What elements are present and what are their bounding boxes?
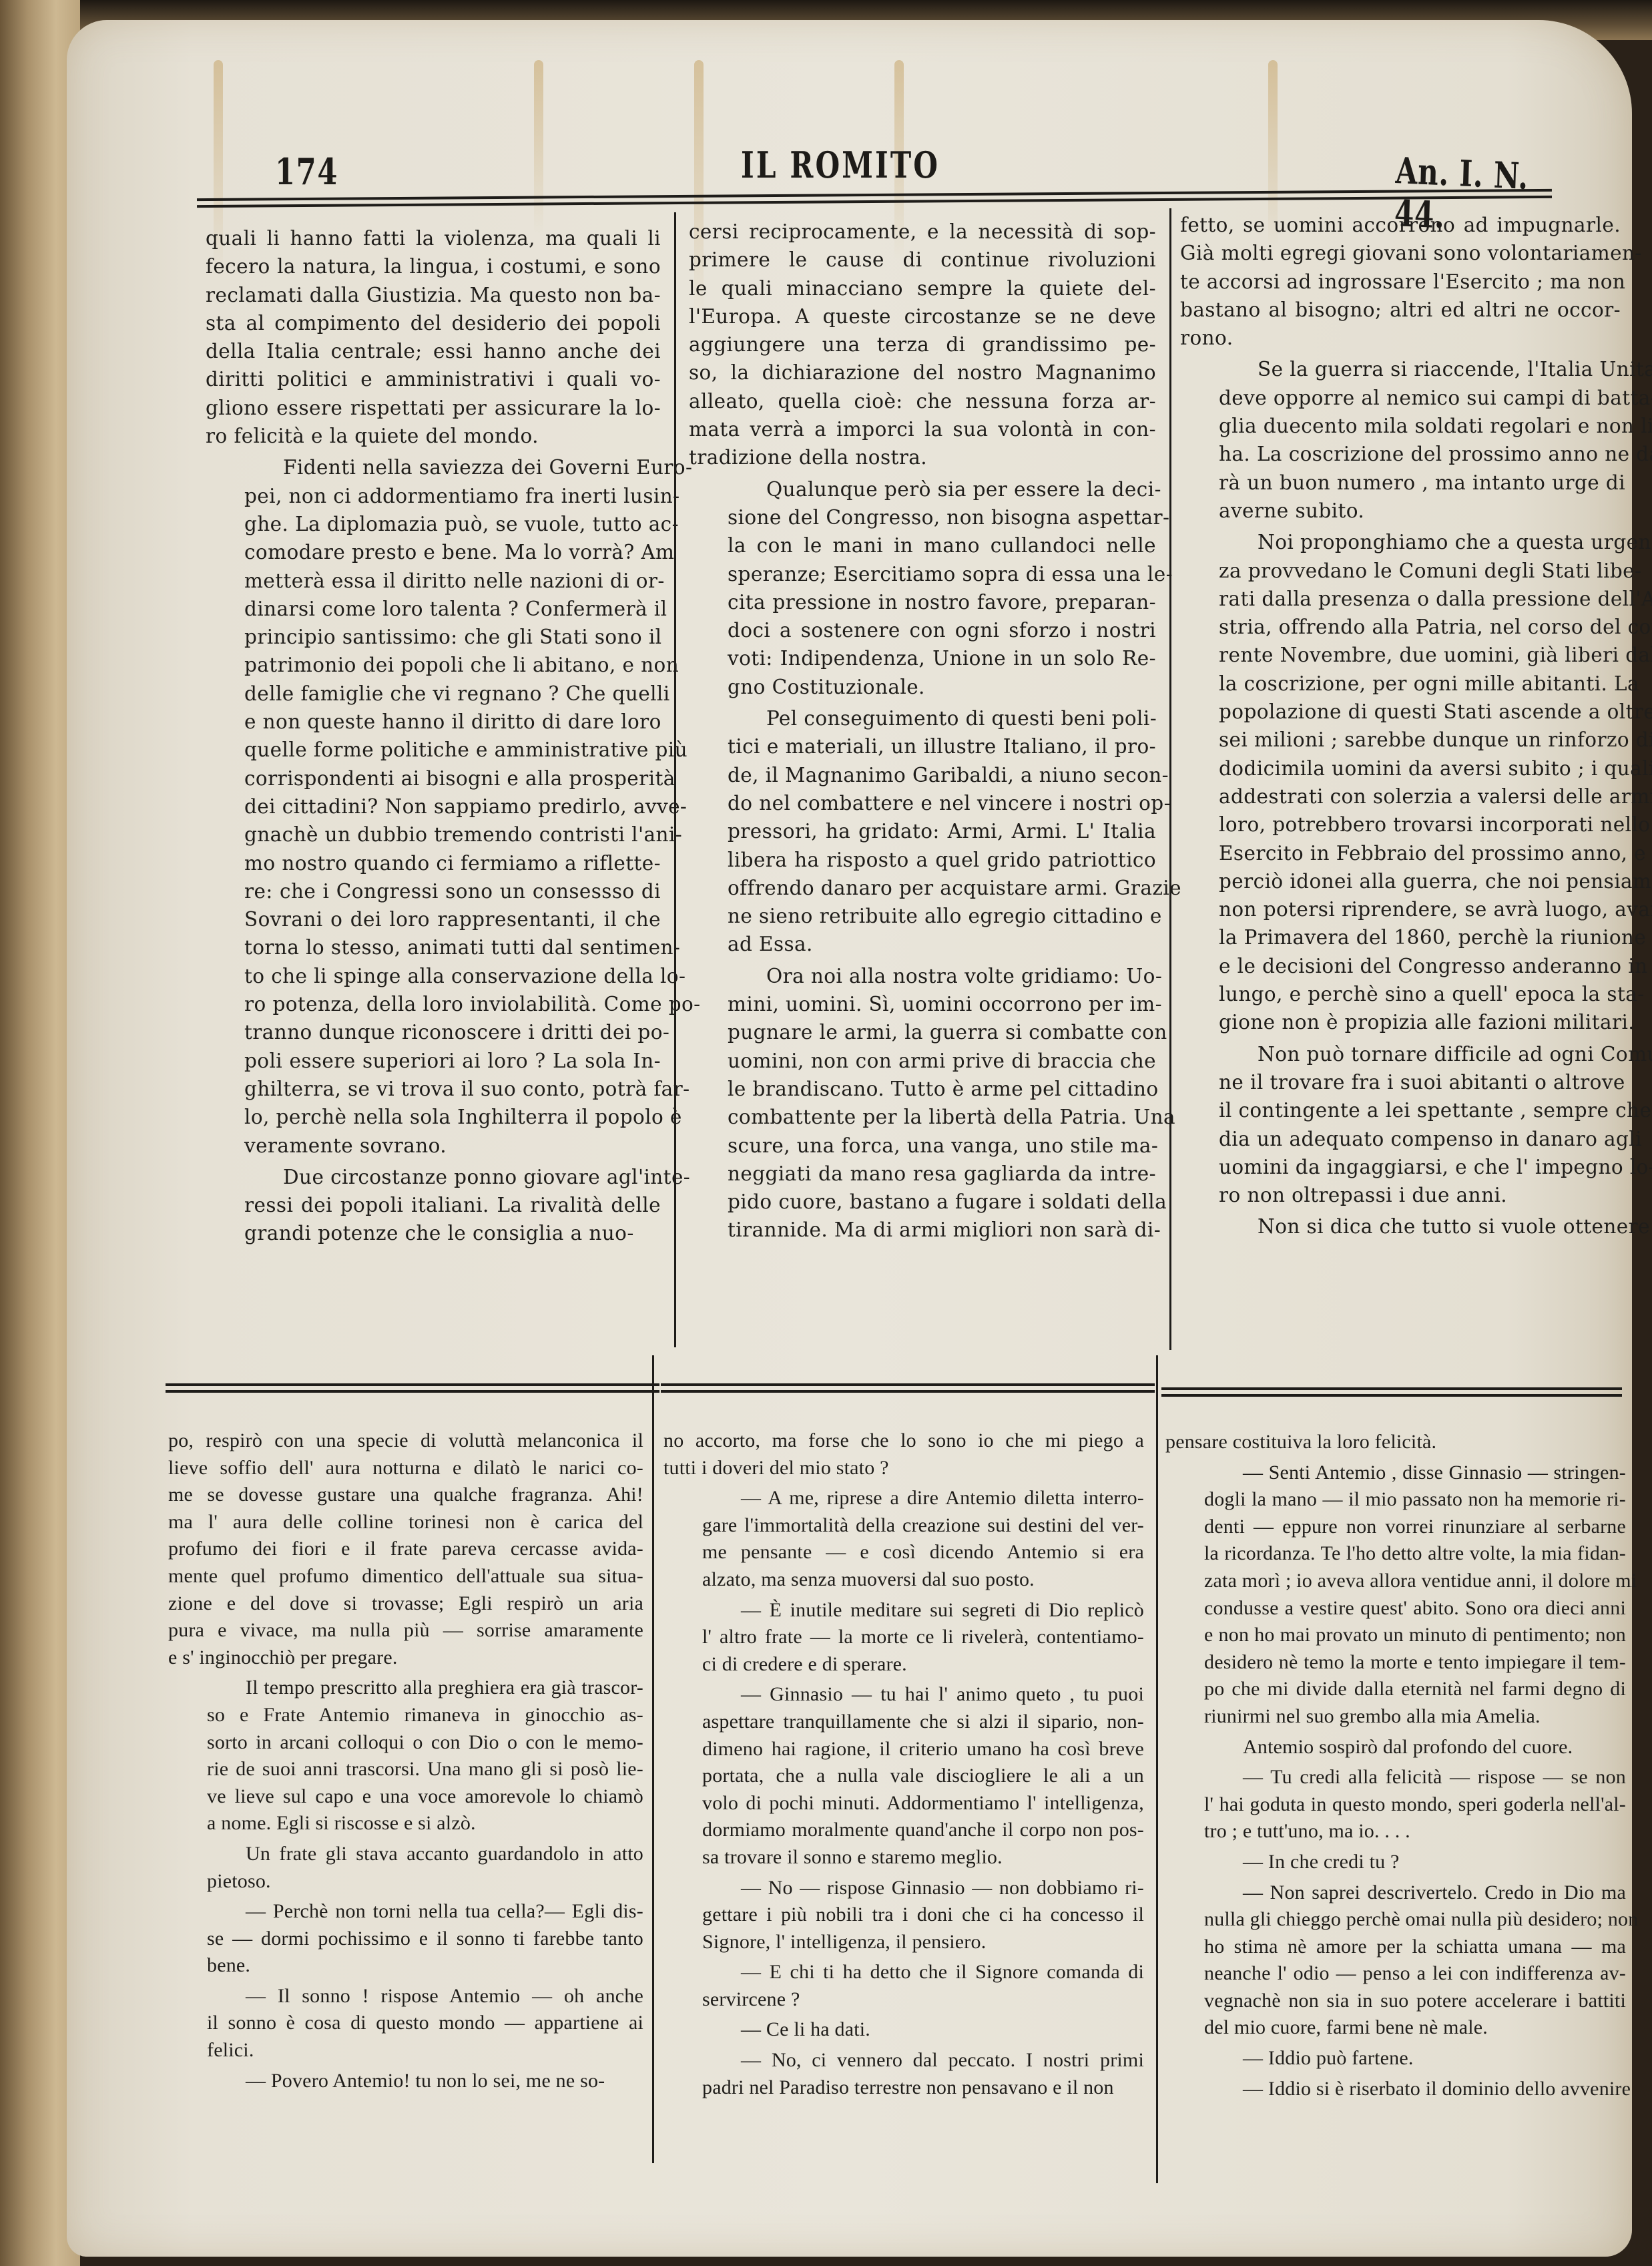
text-line: — Perchè non torni nella tua cella?— Egl…: [168, 1898, 643, 1925]
text-line: ro non oltrepassi i due anni.: [1180, 1181, 1621, 1209]
text-line: — Iddio si è riserbato il dominio dello …: [1165, 2076, 1626, 2103]
text-line: popolazione di questi Stati ascende a ol…: [1180, 698, 1621, 726]
text-line: — Povero Antemio! tu non lo sei, me ne s…: [168, 2068, 643, 2095]
text-line: me pensante — e così dicendo Antemio si …: [663, 1539, 1144, 1566]
paragraph: — No, ci vennero dal peccato. I nostri p…: [663, 2047, 1144, 2101]
text-line: — Ginnasio — tu hai l' animo queto , tu …: [663, 1681, 1144, 1709]
text-line: Signore, l' intelligenza, il pensiero.: [663, 1929, 1144, 1956]
text-line: — No, ci vennero dal peccato. I nostri p…: [663, 2047, 1144, 2074]
text-line: corrispondenti ai bisogni e alla prosper…: [206, 764, 661, 792]
text-line: uomini da ingaggiarsi, e che l' impegno …: [1180, 1153, 1621, 1181]
article-column-3: fetto, se uomini accorrono ad impugnarle…: [1180, 211, 1621, 1244]
text-line: — Il sonno ! rispose Antemio — oh anche: [168, 1983, 643, 2010]
text-line: — Iddio può fartene.: [1165, 2045, 1626, 2072]
text-line: addestrati con solerzia a valersi delle …: [1180, 782, 1621, 811]
text-line: do nel combattere e nel vincere i nostri…: [689, 789, 1156, 817]
paragraph: Due circostanze ponno giovare agl'inte-r…: [206, 1163, 661, 1248]
masthead-title: IL ROMITO: [741, 144, 940, 186]
text-line: servircene ?: [663, 1986, 1144, 2014]
text-line: rono.: [1180, 324, 1621, 352]
text-line: e le decisioni del Congresso anderanno i…: [1180, 952, 1621, 980]
text-line: gettare i più nobili tra i doni che ci h…: [663, 1901, 1144, 1929]
text-line: bene.: [168, 1952, 643, 1980]
paragraph: Noi proponghiamo che a questa urgen-za p…: [1180, 528, 1621, 1036]
text-line: pietoso.: [168, 1868, 643, 1895]
text-line: mini, uomini. Sì, uomini occorrono per i…: [689, 990, 1156, 1018]
paragraph: po, respirò con una specie di voluttà me…: [168, 1427, 643, 1671]
text-line: dormiamo moralmente quand'anche il corpo…: [663, 1817, 1144, 1844]
text-line: l' altro frate — la morte ce li rivelerà…: [663, 1624, 1144, 1651]
paragraph: — Perchè non torni nella tua cella?— Egl…: [168, 1898, 643, 1980]
text-line: Pel conseguimento di questi beni poli-: [689, 704, 1156, 732]
paragraph: — Ginnasio — tu hai l' animo queto , tu …: [663, 1681, 1144, 1871]
paragraph: Se la guerra si riaccende, l'Italia Unit…: [1180, 355, 1621, 525]
text-line: sta al compimento del desiderio dei popo…: [206, 309, 661, 337]
text-line: vegnachè non sia in suo potere accelerar…: [1165, 1988, 1626, 2015]
text-line: ad Essa.: [689, 930, 1156, 958]
paragraph: Pel conseguimento di questi beni poli-ti…: [689, 704, 1156, 959]
text-line: zione e del dove si trovasse; Egli respi…: [168, 1590, 643, 1618]
text-line: torna lo stesso, animati tutti dal senti…: [206, 933, 661, 961]
text-line: sione del Congresso, non bisogna aspetta…: [689, 503, 1156, 531]
text-line: Già molti egregi giovani sono volontaria…: [1180, 239, 1621, 267]
text-line: scure, una forca, una vanga, uno stile m…: [689, 1132, 1156, 1160]
feuilleton-rule: [1161, 1387, 1622, 1397]
text-line: — È inutile meditare sui segreti di Dio …: [663, 1597, 1144, 1624]
text-line: dodicimila uomini da aversi subito ; i q…: [1180, 754, 1621, 782]
page-number: 174: [275, 150, 338, 193]
text-line: lieve soffio dell' aura notturna e dilat…: [168, 1455, 643, 1482]
text-line: ro potenza, della loro inviolabilità. Co…: [206, 990, 661, 1018]
text-line: sorto in arcani colloqui o con Dio o con…: [168, 1729, 643, 1757]
text-line: Noi proponghiamo che a questa urgen-: [1180, 528, 1621, 556]
article-column-2: cersi reciprocamente, e la necessità di …: [689, 218, 1156, 1248]
text-line: grandi potenze che le consiglia a nuo-: [206, 1219, 661, 1247]
text-line: — Ce li ha dati.: [663, 2016, 1144, 2044]
text-line: doci a sostenere con ogni sforzo i nostr…: [689, 616, 1156, 644]
text-line: Un frate gli stava accanto guardandolo i…: [168, 1841, 643, 1868]
paragraph: — Senti Antemio , disse Ginnasio — strin…: [1165, 1459, 1626, 1731]
text-line: pei, non ci addormentiamo fra inerti lus…: [206, 482, 661, 510]
text-line: loro, potrebbero trovarsi incorporati ne…: [1180, 811, 1621, 839]
text-line: il contingente a lei spettante , sempre …: [1180, 1096, 1621, 1124]
text-line: pido cuore, bastano a fugare i soldati d…: [689, 1188, 1156, 1216]
text-line: l' hai goduta in questo mondo, speri god…: [1165, 1791, 1626, 1819]
text-line: Due circostanze ponno giovare agl'inte-: [206, 1163, 661, 1191]
text-line: mata verrà a imporci la sua volontà in c…: [689, 415, 1156, 443]
text-line: — E chi ti ha detto che il Signore coman…: [663, 1959, 1144, 1986]
text-line: gare l'immortalità della creazione sui d…: [663, 1512, 1144, 1540]
text-line: averne subito.: [1180, 497, 1621, 525]
paragraph: — Ce li ha dati.: [663, 2016, 1144, 2044]
text-line: le brandiscano. Tutto è arme pel cittadi…: [689, 1075, 1156, 1103]
text-line: po che mi divide dalla eternità nel farm…: [1165, 1676, 1626, 1703]
text-line: Sovrani o dei loro rappresentanti, il ch…: [206, 905, 661, 933]
text-line: patrimonio dei popoli che li abitano, e …: [206, 651, 661, 679]
text-line: pugnare le armi, la guerra si combatte c…: [689, 1018, 1156, 1046]
text-line: primere le cause di continue rivoluzioni: [689, 246, 1156, 274]
text-line: felici.: [168, 2037, 643, 2064]
text-line: Qualunque però sia per essere la deci-: [689, 475, 1156, 503]
paragraph: — È inutile meditare sui segreti di Dio …: [663, 1597, 1144, 1678]
text-line: — In che credi tu ?: [1165, 1849, 1626, 1876]
text-line: tutti i doveri del mio stato ?: [663, 1455, 1144, 1482]
paragraph: no accorto, ma forse che lo sono io che …: [663, 1427, 1144, 1482]
text-line: desidero nè temo la morte e tento impieg…: [1165, 1649, 1626, 1676]
text-line: metterà essa il diritto nelle nazioni di…: [206, 567, 661, 595]
text-line: quelle forme politiche e amministrative …: [206, 736, 661, 764]
text-line: neggiati da mano resa gagliarda da intre…: [689, 1160, 1156, 1188]
text-line: ha. La coscrizione del prossimo anno ne …: [1180, 440, 1621, 468]
text-line: ne il trovare fra i suoi abitanti o altr…: [1180, 1068, 1621, 1096]
text-line: pensare costituiva la loro felicità.: [1165, 1429, 1626, 1456]
paragraph: — E chi ti ha detto che il Signore coman…: [663, 1959, 1144, 2013]
text-line: dia un adequato compenso in danaro agli: [1180, 1125, 1621, 1153]
article-column-1: quali li hanno fatti la violenza, ma qua…: [206, 224, 661, 1251]
text-line: po, respirò con una specie di voluttà me…: [168, 1427, 643, 1455]
text-line: nulla gli chieggo perchè omai nulla più …: [1165, 1906, 1626, 1934]
text-line: comodare presto e bene. Ma lo vorrà? Am: [206, 538, 661, 566]
text-line: e non ho mai provato un minuto di pentim…: [1165, 1622, 1626, 1649]
text-line: mo nostro quando ci fermiamo a riflette-: [206, 849, 661, 877]
text-line: Fidenti nella saviezza dei Governi Euro-: [206, 453, 661, 481]
text-line: non potersi riprendere, se avrà luogo, a…: [1180, 895, 1621, 923]
text-line: tranno dunque riconoscere i dritti dei p…: [206, 1018, 661, 1046]
column-divider: [652, 1355, 654, 2163]
text-line: Non può tornare difficile ad ogni Comu-: [1180, 1040, 1621, 1068]
text-line: rente Novembre, due uomini, già liberi d…: [1180, 641, 1621, 669]
paragraph: — Tu credi alla felicità — rispose — se …: [1165, 1764, 1626, 1845]
paragraph: — Iddio può fartene.: [1165, 2045, 1626, 2072]
text-line: combattente per la libertà della Patria.…: [689, 1103, 1156, 1131]
text-line: tro ; e tutt'uno, ma io. . . .: [1165, 1818, 1626, 1845]
text-line: aggiungere una terza di grandissimo pe-: [689, 330, 1156, 359]
text-line: — Tu credi alla felicità — rispose — se …: [1165, 1764, 1626, 1791]
text-line: gliono essere rispettati per assicurare …: [206, 394, 661, 422]
paragraph: Non si dica che tutto si vuole ottenere: [1180, 1212, 1621, 1240]
paragraph: — Iddio si è riserbato il dominio dello …: [1165, 2076, 1626, 2103]
text-line: ghe. La diplomazia può, se vuole, tutto …: [206, 510, 661, 538]
paragraph: — Il sonno ! rispose Antemio — oh anchei…: [168, 1983, 643, 2064]
text-line: alzato, ma senza muoversi dal suo posto.: [663, 1566, 1144, 1594]
text-line: quali li hanno fatti la violenza, ma qua…: [206, 224, 661, 252]
text-line: za provvedano le Comuni degli Stati libe…: [1180, 557, 1621, 585]
text-line: speranze; Esercitiamo sopra di essa una …: [689, 560, 1156, 588]
text-line: e s' inginocchiò per pregare.: [168, 1644, 643, 1672]
text-line: Non si dica che tutto si vuole ottenere: [1180, 1212, 1621, 1240]
text-line: dimeno hai ragione, il criterio umano ha…: [663, 1736, 1144, 1763]
paragraph: Non può tornare difficile ad ogni Comu-n…: [1180, 1040, 1621, 1210]
text-line: perciò idonei alla guerra, che noi pensi…: [1180, 867, 1621, 895]
text-line: alleato, quella cioè: che nessuna forza …: [689, 387, 1156, 415]
text-line: denti — eppure non vorrei rinunziare al …: [1165, 1514, 1626, 1541]
text-line: rati dalla presenza o dalla pressione de…: [1180, 585, 1621, 613]
text-line: so, la dichiarazione del nostro Magnanim…: [689, 359, 1156, 387]
text-line: gno Costituzionale.: [689, 673, 1156, 701]
text-line: condusse a vestire quest' abito. Sono or…: [1165, 1595, 1626, 1622]
text-line: se — dormi pochissimo e il sonno ti fare…: [168, 1925, 643, 1953]
text-line: profumo dei fiori e il frate pareva cerc…: [168, 1536, 643, 1563]
text-line: tradizione della nostra.: [689, 443, 1156, 471]
text-line: riunirmi nel suo grembo alla mia Amelia.: [1165, 1703, 1626, 1731]
text-line: tirannide. Ma di armi migliori non sarà …: [689, 1216, 1156, 1244]
text-line: pura e vivace, ma nulla più — sorrise am…: [168, 1617, 643, 1644]
text-line: — No — rispose Ginnasio — non dobbiamo r…: [663, 1875, 1144, 1902]
text-line: poli essere superiori ai loro ? La sola …: [206, 1047, 661, 1075]
text-line: Esercito in Febbraio del prossimo anno, …: [1180, 839, 1621, 867]
text-line: lo, perchè nella sola Inghilterra il pop…: [206, 1103, 661, 1131]
text-line: della Italia centrale; essi hanno anche …: [206, 337, 661, 365]
paragraph: quali li hanno fatti la violenza, ma qua…: [206, 224, 661, 450]
text-line: rà un buon numero , ma intanto urge di: [1180, 469, 1621, 497]
text-line: dei cittadini? Non sappiamo predirlo, av…: [206, 792, 661, 821]
paragraph: cersi reciprocamente, e la necessità di …: [689, 218, 1156, 472]
text-line: pressori, ha gridato: Armi, Armi. L' Ita…: [689, 817, 1156, 845]
text-line: zata morì ; io aveva allora ventidue ann…: [1165, 1568, 1626, 1595]
text-line: Il tempo prescritto alla preghiera era g…: [168, 1674, 643, 1702]
text-line: bastano al bisogno; altri ed altri ne oc…: [1180, 296, 1621, 324]
text-line: fecero la natura, la lingua, i costumi, …: [206, 252, 661, 280]
text-line: delle famiglie che vi regnano ? Che quel…: [206, 680, 661, 708]
text-line: la Primavera del 1860, perchè la riunion…: [1180, 923, 1621, 951]
paragraph: Il tempo prescritto alla preghiera era g…: [168, 1674, 643, 1837]
text-line: cita pressione in nostro favore, prepara…: [689, 588, 1156, 616]
text-line: ghilterra, se vi trova il suo conto, pot…: [206, 1075, 661, 1103]
text-line: Antemio sospirò dal profondo del cuore.: [1165, 1734, 1626, 1761]
text-line: l'Europa. A queste circostanze se ne dev…: [689, 302, 1156, 330]
text-line: gnachè un dubbio tremendo contristi l'an…: [206, 821, 661, 849]
text-line: mente quel profumo dimentico dell'attual…: [168, 1563, 643, 1590]
text-line: Ora noi alla nostra volte gridiamo: Uo-: [689, 962, 1156, 990]
text-line: le quali minacciano sempre la quiete del…: [689, 274, 1156, 302]
text-line: so e Frate Antemio rimaneva in ginocchio…: [168, 1702, 643, 1729]
paragraph: Ora noi alla nostra volte gridiamo: Uo-m…: [689, 962, 1156, 1244]
column-divider: [1156, 1355, 1158, 2183]
text-line: no accorto, ma forse che lo sono io che …: [663, 1427, 1144, 1455]
text-line: aspettare tranquillamente che si alzi il…: [663, 1709, 1144, 1736]
paragraph: — No — rispose Ginnasio — non dobbiamo r…: [663, 1875, 1144, 1956]
text-line: ressi dei popoli italiani. La rivalità d…: [206, 1191, 661, 1219]
text-line: e non queste hanno il diritto di dare lo…: [206, 708, 661, 736]
paragraph: pensare costituiva la loro felicità.: [1165, 1429, 1626, 1456]
text-line: neanche l' odio — penso a lei con indiff…: [1165, 1960, 1626, 1988]
text-line: — A me, riprese a dire Antemio diletta i…: [663, 1485, 1144, 1512]
text-line: ho stima nè amore per la schiatta umana …: [1165, 1934, 1626, 1961]
text-line: dogli la mano — il mio passato non ha me…: [1165, 1486, 1626, 1514]
text-line: fetto, se uomini accorrono ad impugnarle…: [1180, 211, 1621, 239]
text-line: dinarsi come loro talenta ? Confermerà i…: [206, 595, 661, 623]
text-line: ro felicità e la quiete del mondo.: [206, 422, 661, 450]
text-line: portata, che a nulla vale disciogliere l…: [663, 1763, 1144, 1790]
text-line: a nome. Egli si riscosse e si alzò.: [168, 1810, 643, 1837]
text-line: il sonno è cosa di questo mondo — appart…: [168, 2010, 643, 2037]
text-line: ve lieve sul capo e una voce amorevole l…: [168, 1783, 643, 1811]
text-line: diritti politici e amministrativi i qual…: [206, 365, 661, 393]
text-line: sei milioni ; sarebbe dunque un rinforzo…: [1180, 726, 1621, 754]
feuilleton-column-1: po, respirò con una specie di voluttà me…: [168, 1427, 643, 2098]
paragraph: fetto, se uomini accorrono ad impugnarle…: [1180, 211, 1621, 352]
text-line: Se la guerra si riaccende, l'Italia Unit…: [1180, 355, 1621, 383]
text-line: ne sieno retribuite allo egregio cittadi…: [689, 902, 1156, 930]
text-line: cersi reciprocamente, e la necessità di …: [689, 218, 1156, 246]
feuilleton-rule: [661, 1383, 1155, 1393]
text-line: re: che i Congressi sono un consessso di: [206, 877, 661, 905]
running-header: 174 IL ROMITO An. I. N. 44.: [200, 144, 1575, 197]
text-line: rie de suoi anni trascorsi. Una mano gli…: [168, 1756, 643, 1783]
text-line: ma l' aura delle colline torinesi non è …: [168, 1509, 643, 1536]
feuilleton-column-3: pensare costituiva la loro felicità.— Se…: [1165, 1429, 1626, 2106]
text-line: de, il Magnanimo Garibaldi, a niuno seco…: [689, 761, 1156, 789]
text-line: padri nel Paradiso terrestre non pensava…: [663, 2074, 1144, 2102]
feuilleton-column-2: no accorto, ma forse che lo sono io che …: [663, 1427, 1144, 2104]
text-line: te accorsi ad ingrossare l'Esercito ; ma…: [1180, 268, 1621, 296]
feuilleton-rule: [166, 1383, 659, 1393]
text-line: deve opporre al nemico sui campi di batt…: [1180, 384, 1621, 412]
text-line: offrendo danaro per acquistare armi. Gra…: [689, 874, 1156, 902]
text-line: veramente sovrano.: [206, 1132, 661, 1160]
text-line: principio santissimo: che gli Stati sono…: [206, 623, 661, 651]
text-line: del mio cuore, farmi bene nè male.: [1165, 2014, 1626, 2042]
text-line: sa trovare il sonno e staremo meglio.: [663, 1844, 1144, 1871]
paragraph: — A me, riprese a dire Antemio diletta i…: [663, 1485, 1144, 1593]
text-line: libera ha risposto a quel grido patriott…: [689, 846, 1156, 874]
text-line: uomini, non con armi prive di braccia ch…: [689, 1047, 1156, 1075]
paragraph: Un frate gli stava accanto guardandolo i…: [168, 1841, 643, 1895]
text-line: lungo, e perchè sino a quell' epoca la s…: [1180, 980, 1621, 1008]
text-line: stria, offrendo alla Patria, nel corso d…: [1180, 613, 1621, 641]
paragraph: — Non saprei descrivertelo. Credo in Dio…: [1165, 1879, 1626, 2042]
paragraph: Qualunque però sia per essere la deci-si…: [689, 475, 1156, 701]
column-divider: [1169, 208, 1171, 1350]
text-line: me se dovesse gustare una qualche fragra…: [168, 1482, 643, 1509]
paragraph: — Povero Antemio! tu non lo sei, me ne s…: [168, 2068, 643, 2095]
paragraph: Antemio sospirò dal profondo del cuore.: [1165, 1734, 1626, 1761]
text-line: glia duecento mila soldati regolari e no…: [1180, 412, 1621, 440]
paragraph: — In che credi tu ?: [1165, 1849, 1626, 1876]
text-line: to che li spinge alla conservazione dell…: [206, 962, 661, 990]
text-line: tici e materiali, un illustre Italiano, …: [689, 732, 1156, 760]
text-line: la con le mani in mano cullandoci nelle: [689, 531, 1156, 559]
text-line: ci di credere e di sperare.: [663, 1651, 1144, 1678]
text-line: la coscrizione, per ogni mille abitanti.…: [1180, 670, 1621, 698]
text-line: reclamati dalla Giustizia. Ma questo non…: [206, 281, 661, 309]
paragraph: Fidenti nella saviezza dei Governi Euro-…: [206, 453, 661, 1159]
text-line: la ricordanza. Te l'ho detto altre volte…: [1165, 1540, 1626, 1568]
text-line: gione non è propizia alle fazioni milita…: [1180, 1008, 1621, 1036]
text-line: volo di pochi minuti. Addormentiamo l' i…: [663, 1790, 1144, 1817]
text-line: — Non saprei descrivertelo. Credo in Dio…: [1165, 1879, 1626, 1907]
text-line: — Senti Antemio , disse Ginnasio — strin…: [1165, 1459, 1626, 1487]
text-line: voti: Indipendenza, Unione in un solo Re…: [689, 644, 1156, 672]
